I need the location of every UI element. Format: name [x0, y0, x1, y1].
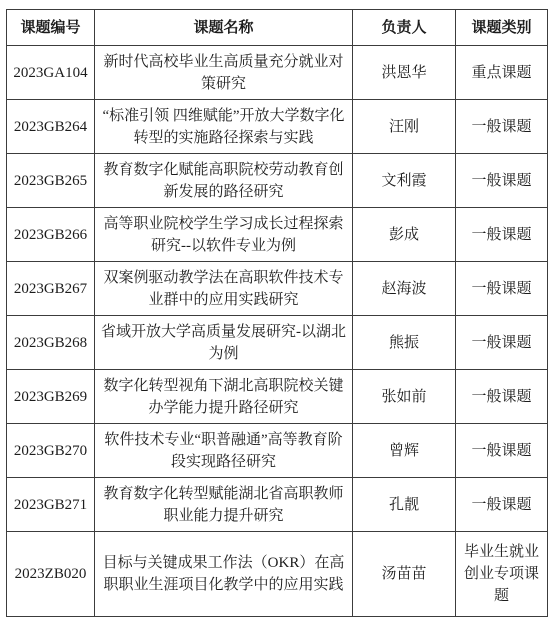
- cell-project-category: 一般课题: [456, 262, 548, 316]
- cell-project-leader: 熊振: [353, 316, 456, 370]
- table-row: 2023GB264 “标准引领 四维赋能”开放大学数字化转型的实施路径探索与实践…: [7, 100, 548, 154]
- header-project-id: 课题编号: [7, 10, 95, 46]
- cell-project-name: 新时代高校毕业生高质量充分就业对策研究: [95, 46, 353, 100]
- cell-project-category: 一般课题: [456, 478, 548, 532]
- cell-project-leader: 曾辉: [353, 424, 456, 478]
- cell-project-name: 教育数字化赋能高职院校劳动教育创新发展的路径研究: [95, 154, 353, 208]
- table-header-row: 课题编号 课题名称 负责人 课题类别: [7, 10, 548, 46]
- table-row: 2023GA104 新时代高校毕业生高质量充分就业对策研究 洪恩华 重点课题: [7, 46, 548, 100]
- table-row: 2023GB269 数字化转型视角下湖北高职院校关键办学能力提升路径研究 张如前…: [7, 370, 548, 424]
- cell-project-id: 2023GB268: [7, 316, 95, 370]
- table-row: 2023GB271 教育数字化转型赋能湖北省高职教师职业能力提升研究 孔靓 一般…: [7, 478, 548, 532]
- table-row: 2023GB267 双案例驱动教学法在高职软件技术专业群中的应用实践研究 赵海波…: [7, 262, 548, 316]
- cell-project-id: 2023GB266: [7, 208, 95, 262]
- cell-project-name: “标准引领 四维赋能”开放大学数字化转型的实施路径探索与实践: [95, 100, 353, 154]
- cell-project-id: 2023GB270: [7, 424, 95, 478]
- cell-project-id: 2023GB264: [7, 100, 95, 154]
- cell-project-id: 2023GB269: [7, 370, 95, 424]
- cell-project-name: 数字化转型视角下湖北高职院校关键办学能力提升路径研究: [95, 370, 353, 424]
- cell-project-leader: 洪恩华: [353, 46, 456, 100]
- cell-project-id: 2023GB271: [7, 478, 95, 532]
- table-row: 2023GB265 教育数字化赋能高职院校劳动教育创新发展的路径研究 文利霞 一…: [7, 154, 548, 208]
- table-row: 2023GB268 省域开放大学高质量发展研究-以湖北为例 熊振 一般课题: [7, 316, 548, 370]
- table-row: 2023ZB020 目标与关键成果工作法（OKR）在高职职业生涯项目化教学中的应…: [7, 532, 548, 617]
- cell-project-category: 一般课题: [456, 208, 548, 262]
- cell-project-id: 2023ZB020: [7, 532, 95, 617]
- cell-project-name: 省域开放大学高质量发展研究-以湖北为例: [95, 316, 353, 370]
- table-row: 2023GB266 高等职业院校学生学习成长过程探索研究--以软件专业为例 彭成…: [7, 208, 548, 262]
- cell-project-id: 2023GA104: [7, 46, 95, 100]
- header-project-category: 课题类别: [456, 10, 548, 46]
- cell-project-name: 双案例驱动教学法在高职软件技术专业群中的应用实践研究: [95, 262, 353, 316]
- cell-project-category: 一般课题: [456, 100, 548, 154]
- cell-project-leader: 赵海波: [353, 262, 456, 316]
- header-project-leader: 负责人: [353, 10, 456, 46]
- cell-project-name: 软件技术专业“职普融通”高等教育阶段实现路径研究: [95, 424, 353, 478]
- cell-project-leader: 文利霞: [353, 154, 456, 208]
- table-row: 2023GB270 软件技术专业“职普融通”高等教育阶段实现路径研究 曾辉 一般…: [7, 424, 548, 478]
- cell-project-id: 2023GB265: [7, 154, 95, 208]
- cell-project-category: 一般课题: [456, 370, 548, 424]
- cell-project-leader: 汪刚: [353, 100, 456, 154]
- cell-project-leader: 孔靓: [353, 478, 456, 532]
- cell-project-category: 重点课题: [456, 46, 548, 100]
- cell-project-name: 目标与关键成果工作法（OKR）在高职职业生涯项目化教学中的应用实践: [95, 532, 353, 617]
- cell-project-id: 2023GB267: [7, 262, 95, 316]
- cell-project-category: 毕业生就业创业专项课题: [456, 532, 548, 617]
- cell-project-name: 高等职业院校学生学习成长过程探索研究--以软件专业为例: [95, 208, 353, 262]
- cell-project-category: 一般课题: [456, 424, 548, 478]
- header-project-name: 课题名称: [95, 10, 353, 46]
- cell-project-name: 教育数字化转型赋能湖北省高职教师职业能力提升研究: [95, 478, 353, 532]
- cell-project-leader: 张如前: [353, 370, 456, 424]
- cell-project-category: 一般课题: [456, 154, 548, 208]
- cell-project-category: 一般课题: [456, 316, 548, 370]
- cell-project-leader: 彭成: [353, 208, 456, 262]
- cell-project-leader: 汤苗苗: [353, 532, 456, 617]
- project-list-table: 课题编号 课题名称 负责人 课题类别 2023GA104 新时代高校毕业生高质量…: [6, 9, 548, 617]
